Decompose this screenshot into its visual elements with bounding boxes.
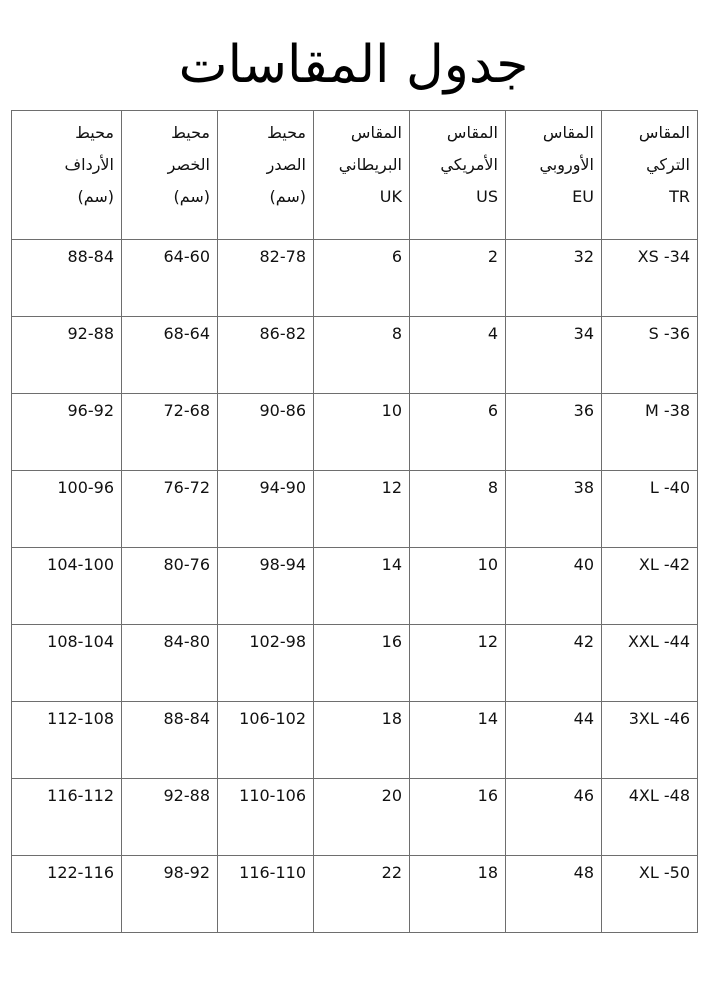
cell-us-size: 8 bbox=[410, 471, 506, 548]
cell-uk-size: 6 bbox=[314, 240, 410, 317]
header-line: المقاس bbox=[513, 117, 594, 149]
header-line: EU bbox=[513, 181, 594, 213]
header-us-size: المقاسالأمريكيUS bbox=[410, 111, 506, 240]
cell-us-size: 16 bbox=[410, 779, 506, 856]
header-waist: محيطالخصر(سم) bbox=[122, 111, 218, 240]
cell-hips: 108-104 bbox=[12, 625, 122, 702]
cell-tr-size: XXL -44 bbox=[602, 625, 698, 702]
header-line: التركي bbox=[609, 149, 690, 181]
header-line: (سم) bbox=[129, 181, 210, 213]
cell-waist: 64-60 bbox=[122, 240, 218, 317]
cell-uk-size: 12 bbox=[314, 471, 410, 548]
header-line: الخصر bbox=[129, 149, 210, 181]
cell-eu-size: 32 bbox=[506, 240, 602, 317]
header-line: (سم) bbox=[225, 181, 306, 213]
cell-us-size: 12 bbox=[410, 625, 506, 702]
table-row: 3XL -46 44 14 18 106-102 88-84 112-108 bbox=[12, 702, 698, 779]
cell-tr-size: M -38 bbox=[602, 394, 698, 471]
header-line: الأوروبي bbox=[513, 149, 594, 181]
cell-waist: 98-92 bbox=[122, 856, 218, 933]
cell-chest: 86-82 bbox=[218, 317, 314, 394]
header-line: المقاس bbox=[609, 117, 690, 149]
cell-chest: 90-86 bbox=[218, 394, 314, 471]
header-line: محيط bbox=[19, 117, 114, 149]
header-line: البريطاني bbox=[321, 149, 402, 181]
cell-tr-size: L -40 bbox=[602, 471, 698, 548]
cell-tr-size: XS -34 bbox=[602, 240, 698, 317]
table-row: 4XL -48 46 16 20 110-106 92-88 116-112 bbox=[12, 779, 698, 856]
cell-tr-size: S -36 bbox=[602, 317, 698, 394]
cell-chest: 98-94 bbox=[218, 548, 314, 625]
cell-eu-size: 38 bbox=[506, 471, 602, 548]
cell-hips: 96-92 bbox=[12, 394, 122, 471]
cell-hips: 122-116 bbox=[12, 856, 122, 933]
header-eu-size: المقاسالأوروبيEU bbox=[506, 111, 602, 240]
cell-hips: 116-112 bbox=[12, 779, 122, 856]
header-line: US bbox=[417, 181, 498, 213]
cell-eu-size: 42 bbox=[506, 625, 602, 702]
cell-hips: 88-84 bbox=[12, 240, 122, 317]
cell-waist: 76-72 bbox=[122, 471, 218, 548]
table-row: XXL -44 42 12 16 102-98 84-80 108-104 bbox=[12, 625, 698, 702]
cell-chest: 82-78 bbox=[218, 240, 314, 317]
header-line: TR bbox=[609, 181, 690, 213]
header-line: الأرداف bbox=[19, 149, 114, 181]
cell-waist: 84-80 bbox=[122, 625, 218, 702]
cell-uk-size: 8 bbox=[314, 317, 410, 394]
cell-us-size: 6 bbox=[410, 394, 506, 471]
cell-eu-size: 34 bbox=[506, 317, 602, 394]
header-tr-size: المقاسالتركيTR bbox=[602, 111, 698, 240]
table-row: M -38 36 6 10 90-86 72-68 96-92 bbox=[12, 394, 698, 471]
header-line: محيط bbox=[225, 117, 306, 149]
cell-us-size: 10 bbox=[410, 548, 506, 625]
cell-uk-size: 10 bbox=[314, 394, 410, 471]
cell-uk-size: 22 bbox=[314, 856, 410, 933]
cell-tr-size: XL -42 bbox=[602, 548, 698, 625]
table-row: S -36 34 4 8 86-82 68-64 92-88 bbox=[12, 317, 698, 394]
header-line: (سم) bbox=[19, 181, 114, 213]
cell-us-size: 4 bbox=[410, 317, 506, 394]
cell-hips: 92-88 bbox=[12, 317, 122, 394]
cell-tr-size: 3XL -46 bbox=[602, 702, 698, 779]
table-row: XL -42 40 10 14 98-94 80-76 104-100 bbox=[12, 548, 698, 625]
header-line: UK bbox=[321, 181, 402, 213]
cell-eu-size: 44 bbox=[506, 702, 602, 779]
cell-waist: 72-68 bbox=[122, 394, 218, 471]
cell-waist: 80-76 bbox=[122, 548, 218, 625]
header-line: محيط bbox=[129, 117, 210, 149]
cell-eu-size: 46 bbox=[506, 779, 602, 856]
header-chest: محيطالصدر(سم) bbox=[218, 111, 314, 240]
cell-chest: 94-90 bbox=[218, 471, 314, 548]
cell-waist: 68-64 bbox=[122, 317, 218, 394]
cell-waist: 92-88 bbox=[122, 779, 218, 856]
cell-hips: 104-100 bbox=[12, 548, 122, 625]
table-row: XL -50 48 18 22 116-110 98-92 122-116 bbox=[12, 856, 698, 933]
size-chart-table: المقاسالتركيTR المقاسالأوروبيEU المقاسال… bbox=[11, 110, 698, 933]
page-title: جدول المقاسات bbox=[0, 30, 707, 100]
header-line: المقاس bbox=[321, 117, 402, 149]
cell-us-size: 14 bbox=[410, 702, 506, 779]
header-line: الصدر bbox=[225, 149, 306, 181]
table-header-row: المقاسالتركيTR المقاسالأوروبيEU المقاسال… bbox=[12, 111, 698, 240]
header-line: الأمريكي bbox=[417, 149, 498, 181]
cell-uk-size: 20 bbox=[314, 779, 410, 856]
table-row: XS -34 32 2 6 82-78 64-60 88-84 bbox=[12, 240, 698, 317]
cell-tr-size: 4XL -48 bbox=[602, 779, 698, 856]
header-uk-size: المقاسالبريطانيUK bbox=[314, 111, 410, 240]
cell-eu-size: 36 bbox=[506, 394, 602, 471]
header-hips: محيطالأرداف(سم) bbox=[12, 111, 122, 240]
header-line: المقاس bbox=[417, 117, 498, 149]
cell-chest: 106-102 bbox=[218, 702, 314, 779]
cell-uk-size: 18 bbox=[314, 702, 410, 779]
cell-hips: 112-108 bbox=[12, 702, 122, 779]
table-row: L -40 38 8 12 94-90 76-72 100-96 bbox=[12, 471, 698, 548]
cell-chest: 110-106 bbox=[218, 779, 314, 856]
cell-tr-size: XL -50 bbox=[602, 856, 698, 933]
cell-chest: 116-110 bbox=[218, 856, 314, 933]
cell-uk-size: 16 bbox=[314, 625, 410, 702]
cell-chest: 102-98 bbox=[218, 625, 314, 702]
cell-eu-size: 40 bbox=[506, 548, 602, 625]
cell-us-size: 18 bbox=[410, 856, 506, 933]
cell-waist: 88-84 bbox=[122, 702, 218, 779]
cell-hips: 100-96 bbox=[12, 471, 122, 548]
cell-us-size: 2 bbox=[410, 240, 506, 317]
cell-eu-size: 48 bbox=[506, 856, 602, 933]
cell-uk-size: 14 bbox=[314, 548, 410, 625]
